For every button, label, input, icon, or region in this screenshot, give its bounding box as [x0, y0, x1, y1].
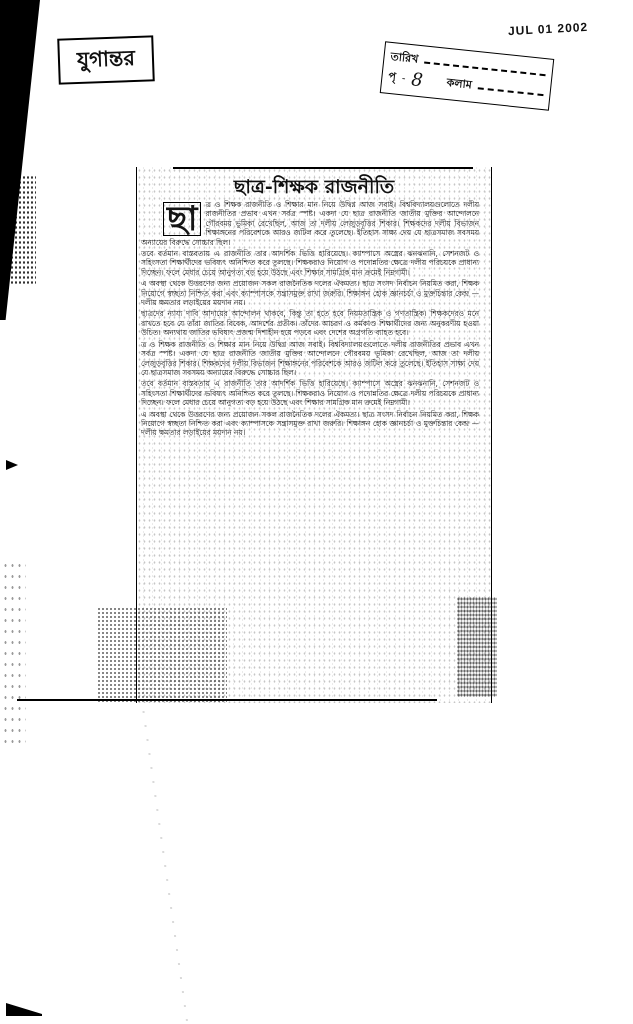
ref-page-label: পৃ — [387, 67, 396, 87]
scan-speckle — [2, 560, 26, 750]
ref-column-label: কলাম — [446, 73, 473, 95]
ref-page-value: 8 — [410, 69, 424, 91]
scan-edge-notch — [6, 460, 18, 470]
reference-stamp: তারিখ পৃ - 8 কলাম — [380, 41, 555, 110]
article-paragraph: তবে বর্তমান বাস্তবতায় এ রাজনীতি তার আদর… — [141, 249, 479, 277]
clipping-top-rule — [173, 167, 473, 169]
scan-edge-noise — [6, 175, 36, 285]
scan-bottom-corner — [6, 1003, 42, 1016]
article-clipping: ছাত্র-শিক্ষক রাজনীতি ছা ত্র ও শিক্ষক রাজ… — [136, 167, 492, 703]
article-paragraph: তবে বর্তমান বাস্তবতায় এ রাজনীতি তার আদর… — [141, 379, 479, 407]
article-paragraph: ছাত্রদের ন্যায্য দাবি আদায়ের আন্দোলন থা… — [141, 309, 479, 337]
fold-line-dots — [118, 705, 213, 1024]
masthead-text: যুগান্তর — [76, 41, 135, 78]
newspaper-masthead-label: যুগান্তর — [57, 35, 155, 84]
scan-noise-dark-right — [457, 597, 497, 697]
clipping-bottom-rule — [17, 699, 437, 701]
article-paragraph: ত্র ও শিক্ষক রাজনীতি ও শিক্ষার মান নিয়ে… — [141, 340, 479, 378]
ref-column-blank — [477, 87, 543, 96]
ref-separator: - — [401, 73, 406, 84]
article-dropcap: ছা — [163, 202, 201, 236]
ref-date-label: তারিখ — [390, 47, 420, 69]
date-stamp: JUL 01 2002 — [508, 20, 589, 38]
article-paragraph: এ অবস্থা থেকে উত্তরণের জন্য প্রয়োজন সকল… — [141, 410, 479, 438]
article-paragraph: এ অবস্থা থেকে উত্তরণের জন্য প্রয়োজন সকল… — [141, 279, 479, 307]
scan-noise-dark-left — [97, 607, 227, 702]
